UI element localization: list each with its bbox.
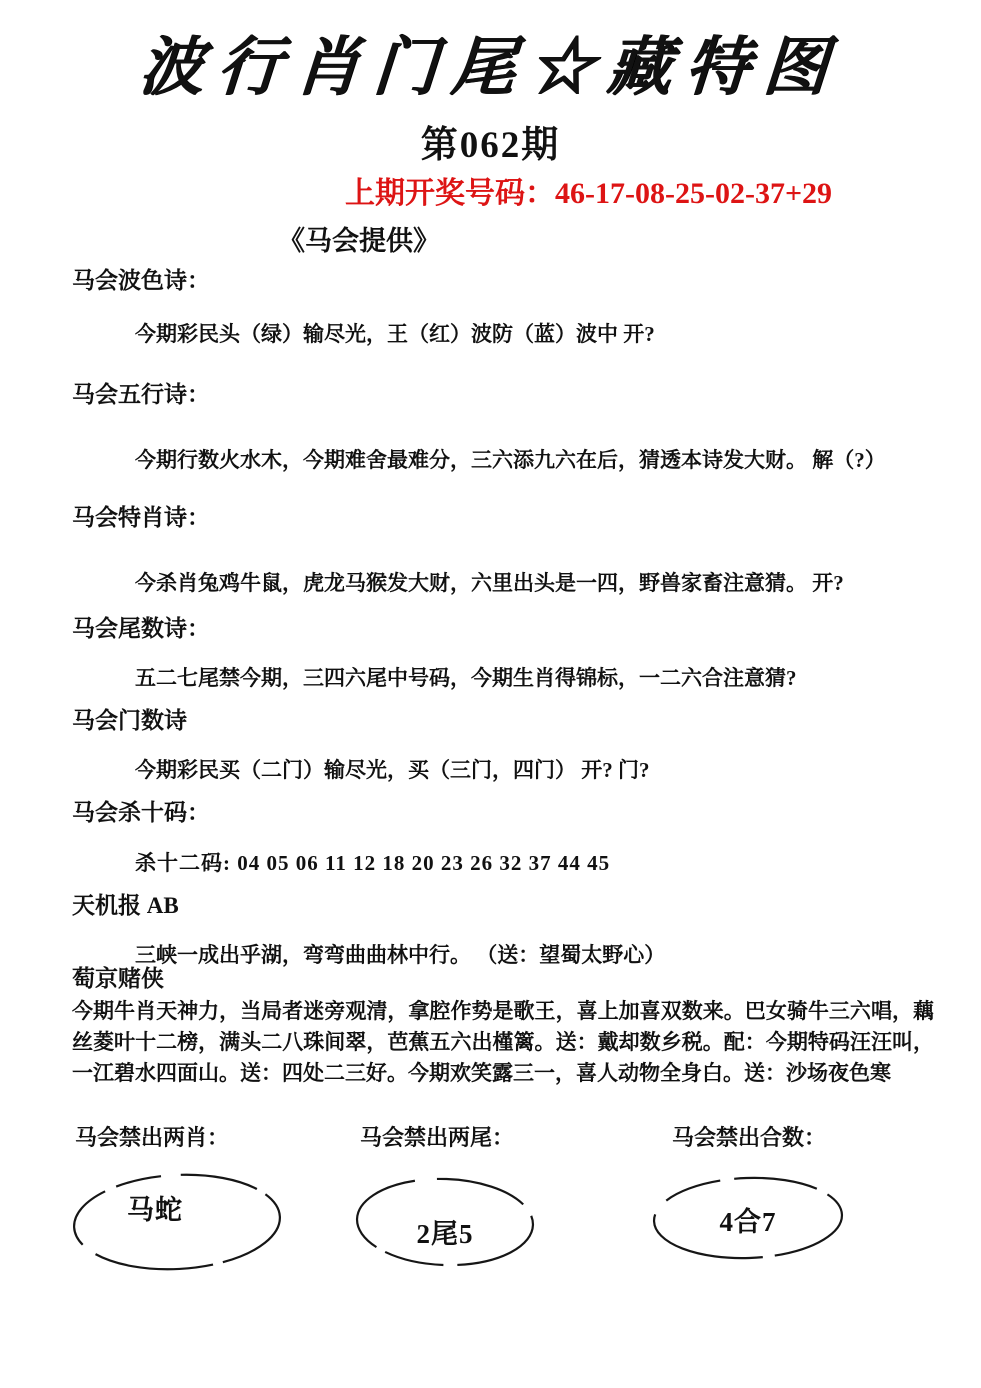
section-text-tianji: 三峡一成出乎湖，弯弯曲曲林中行。 （送：望蜀太野心） <box>135 939 665 969</box>
provider-note: 《马会提供》 <box>278 219 440 258</box>
last-draw-line: 上期开奖号码：46-17-08-25-02-37+29 <box>345 168 832 212</box>
page-title: 波行肖门尾☆藏特图 <box>0 16 981 108</box>
section-text-wuxing: 今期行数火水木，今期难舍最难分，三六添九六在后，猜透本诗发大财。 解（?） <box>135 444 886 474</box>
section-text-shama: 杀十二码: 04 05 06 11 12 18 20 23 26 32 37 4… <box>135 847 610 877</box>
issue-number: 第062期 <box>0 114 981 168</box>
forbidden-zodiac-value: 马蛇 <box>46 1188 264 1227</box>
forbidden-sum-label: 马会禁出合数： <box>672 1121 826 1152</box>
section-label-shama: 马会杀十码： <box>72 794 210 827</box>
forbidden-oval-zodiac: 马蛇 <box>68 1170 286 1274</box>
section-label-bose: 马会波色诗： <box>72 262 210 295</box>
forbidden-tail-value: 2尾5 <box>352 1212 538 1251</box>
gambler-paragraph: 今期牛肖天神力，当局者迷旁观清，拿腔作势是歌王，喜上加喜双数来。巴女骑牛三六唱，… <box>72 996 934 1089</box>
section-text-weishu: 五二七尾禁今期，三四六尾中号码，今期生肖得锦标，一二六合注意猜? <box>135 662 797 692</box>
section-label-tianji: 天机报 AB <box>72 887 179 920</box>
section-text-bose: 今期彩民头（绿）输尽光，王（红）波防（蓝）波中 开? <box>135 318 655 348</box>
section-text-texiao: 今杀肖兔鸡牛鼠，虎龙马猴发大财，六里出头是一四，野兽家畜注意猜。 开? <box>135 567 844 597</box>
section-label-menshu: 马会门数诗 <box>72 702 187 735</box>
forbidden-oval-tail: 2尾5 <box>352 1176 538 1272</box>
forbidden-zodiac-label: 马会禁出两肖： <box>75 1121 229 1152</box>
forbidden-tail-label: 马会禁出两尾： <box>360 1121 514 1152</box>
section-text-menshu: 今期彩民买（二门）输尽光，买（三门，四门） 开? 门? <box>135 754 650 784</box>
forbidden-oval-sum: 4合7 <box>648 1174 848 1264</box>
last-draw-numbers: 46-17-08-25-02-37+29 <box>555 177 832 210</box>
section-label-texiao: 马会特肖诗： <box>72 499 210 532</box>
section-label-wuxing: 马会五行诗： <box>72 376 210 409</box>
last-draw-label: 上期开奖号码： <box>345 177 555 210</box>
lottery-sheet: 波行肖门尾☆藏特图 第062期 上期开奖号码：46-17-08-25-02-37… <box>0 0 981 1388</box>
gambler-title: 萄京赌侠 <box>72 960 164 993</box>
forbidden-sum-value: 4合7 <box>648 1200 848 1239</box>
section-label-weishu: 马会尾数诗： <box>72 610 210 643</box>
